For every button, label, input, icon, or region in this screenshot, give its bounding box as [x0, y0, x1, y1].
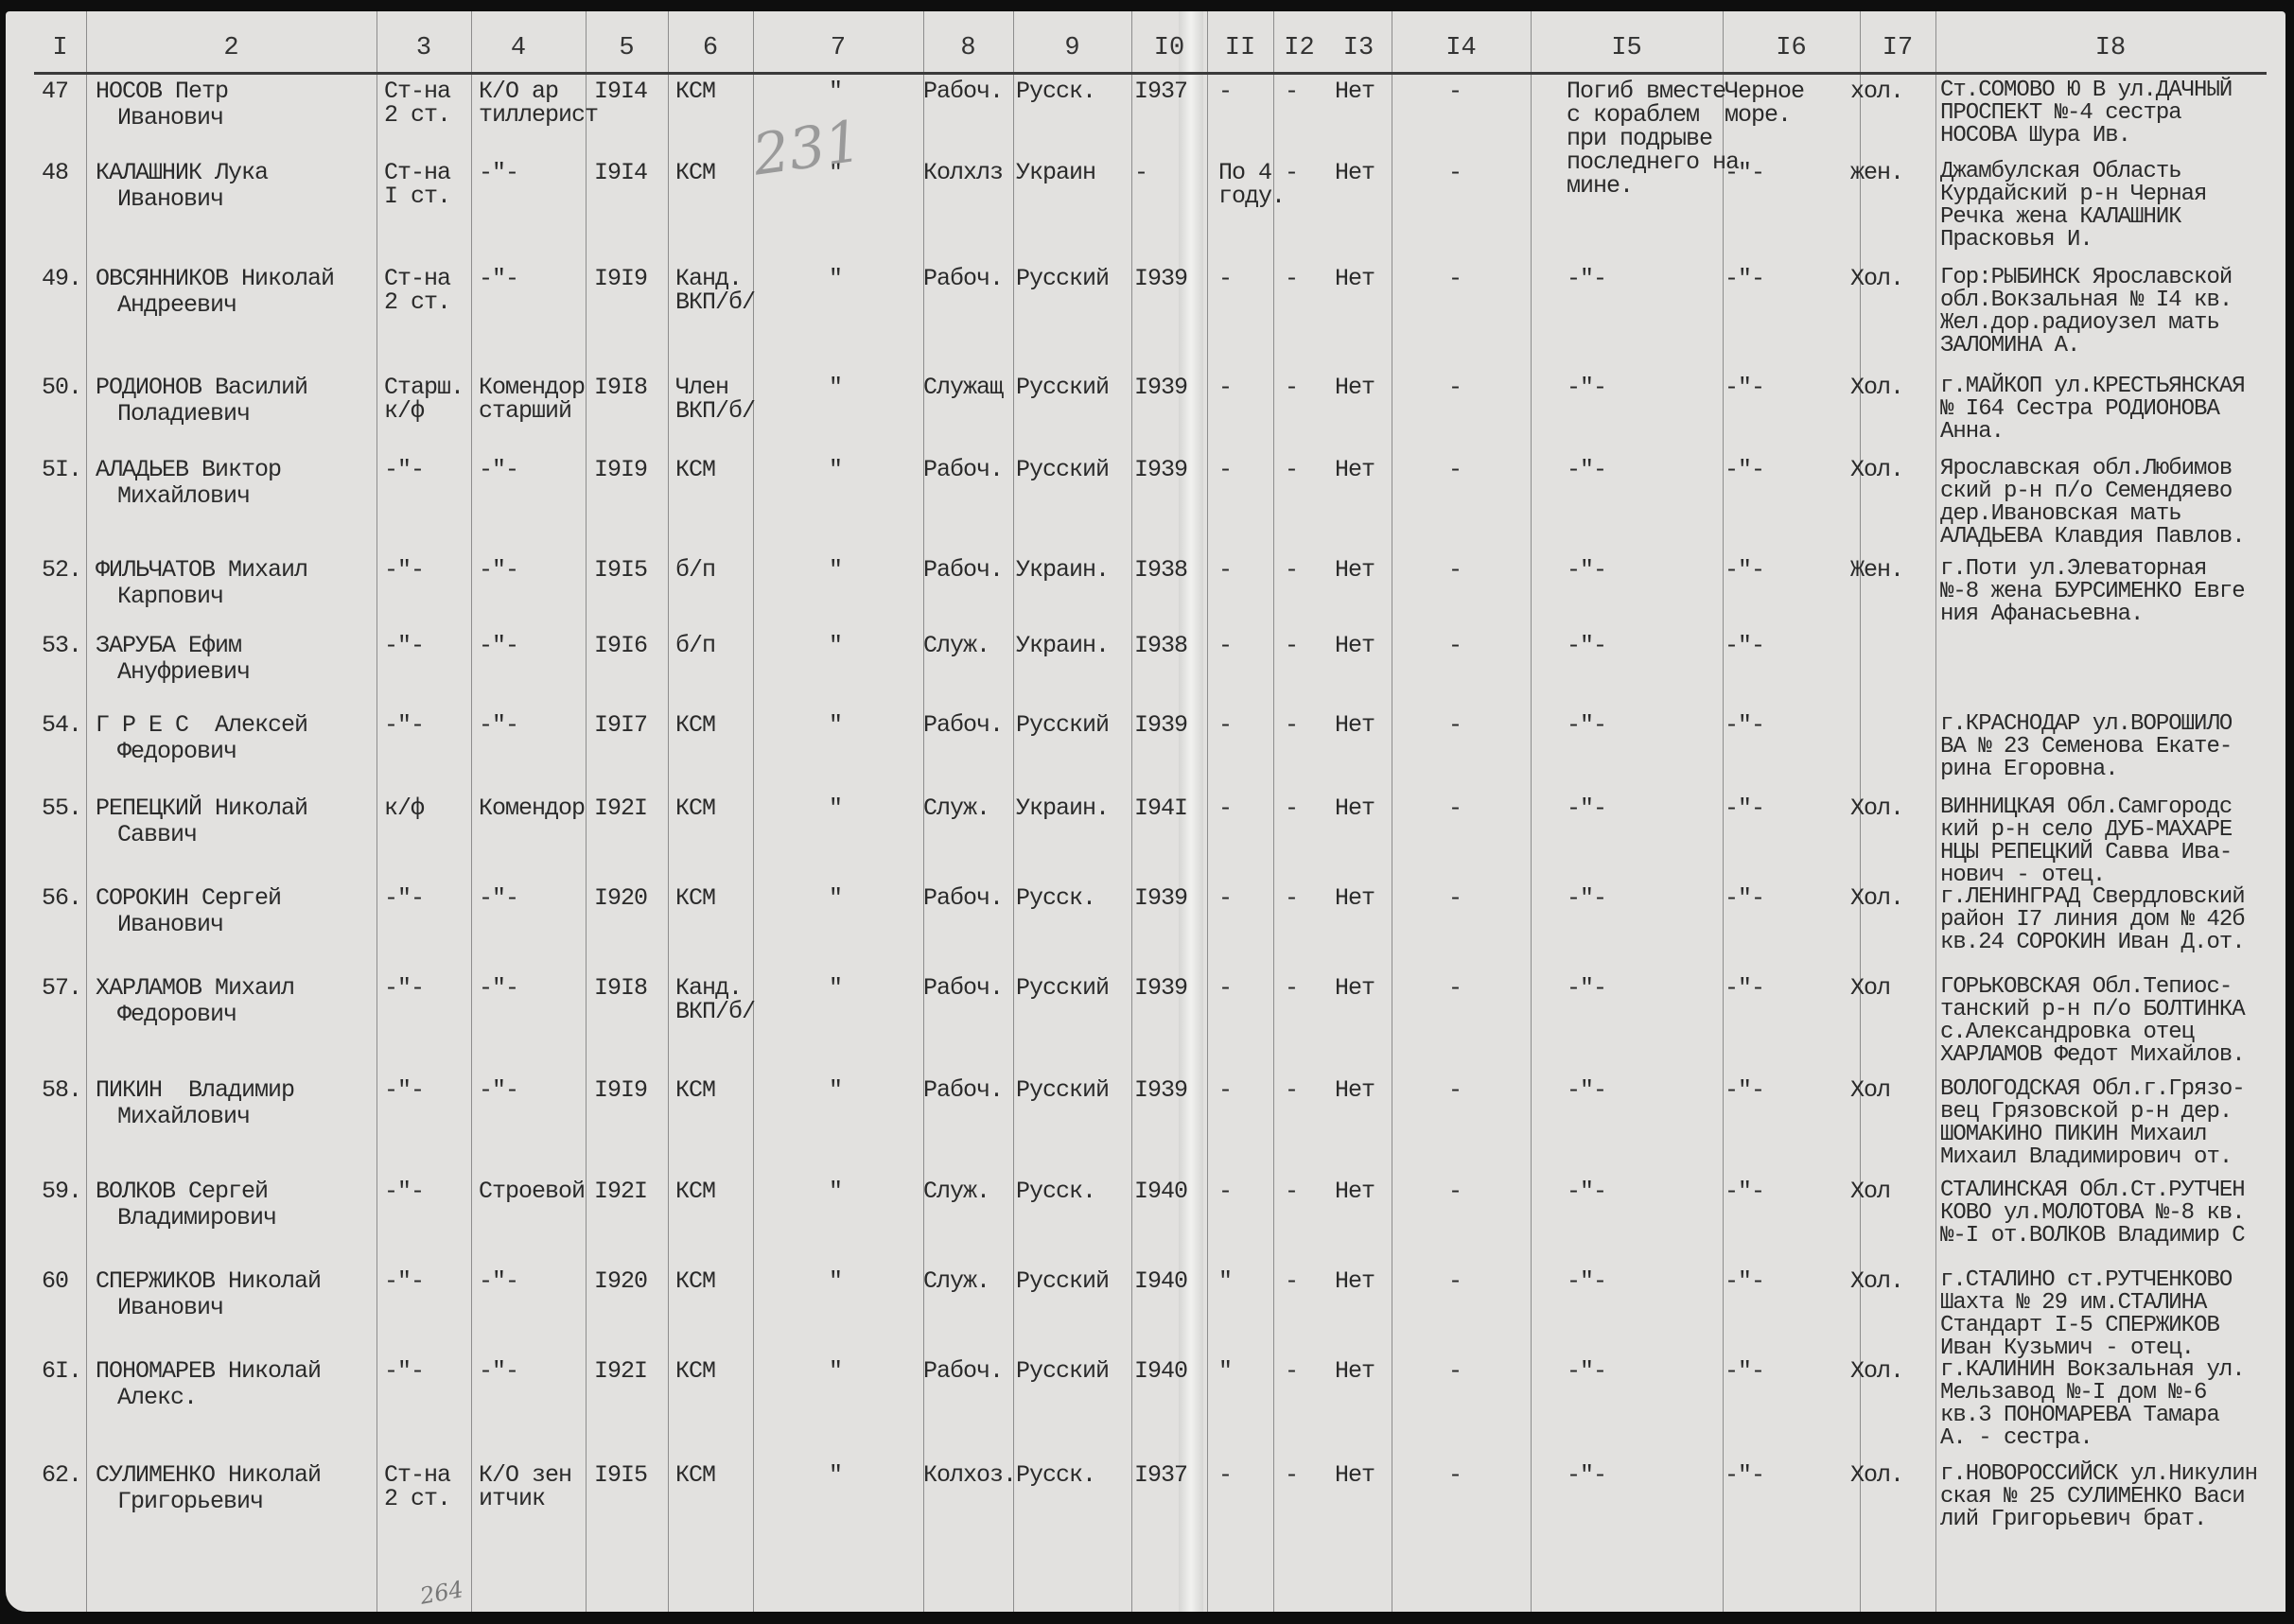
cell-name1: ФИЛЬЧАТОВ Михаил: [96, 558, 307, 582]
cell-c4: -"-: [479, 1269, 518, 1293]
cell-c13: Нет: [1335, 1359, 1375, 1383]
cell-c16: -"-: [1725, 796, 1764, 820]
cell-name1: ПОНОМАРЕВ Николай: [96, 1359, 321, 1383]
cell-c5: I920: [594, 1269, 647, 1293]
cell-c3: -"-: [384, 634, 424, 657]
cell-c18: Ст.СОМОВО Ю В ул.ДАЧНЫЙ ПРОСПЕКТ №-4 сес…: [1940, 79, 2232, 148]
cell-c14: -: [1448, 1179, 1462, 1203]
cell-name2: Иванович: [117, 187, 223, 211]
cell-c8: Рабоч.: [923, 886, 1003, 910]
cell-c12: -: [1285, 886, 1298, 910]
cell-c14: -: [1448, 1078, 1462, 1102]
cell-c7: ": [829, 1179, 842, 1203]
column-header-17: I7: [1860, 34, 1935, 62]
cell-c12: -: [1285, 79, 1298, 103]
cell-c17: Хол: [1850, 1078, 1890, 1102]
cell-c16: -"-: [1725, 1359, 1764, 1383]
cell-name2: Карпович: [117, 585, 223, 608]
cell-c5: I9I8: [594, 375, 647, 399]
cell-c16: -"-: [1725, 375, 1764, 399]
cell-c11: -: [1218, 375, 1232, 399]
cell-n: 50.: [42, 375, 81, 399]
cell-c12: -: [1285, 1269, 1298, 1293]
cell-c16: -"-: [1725, 1463, 1764, 1487]
cell-c18: г.ЛЕНИНГРАД Свердловский район I7 линия …: [1940, 886, 2245, 954]
cell-c4: -"-: [479, 713, 518, 737]
cell-c10: I939: [1134, 267, 1187, 290]
cell-c4: К/О зен итчик: [479, 1463, 571, 1510]
cell-c13: Нет: [1335, 713, 1375, 737]
column-header-11: II: [1207, 34, 1273, 62]
column-header-15: I5: [1531, 34, 1723, 62]
cell-n: 57.: [42, 976, 81, 1000]
cell-c8: Служ.: [923, 796, 989, 820]
cell-c10: I939: [1134, 976, 1187, 1000]
cell-name1: АЛАДЬЕВ Виктор: [96, 458, 281, 481]
cell-c5: I92I: [594, 1359, 647, 1383]
cell-name2: Иванович: [117, 1296, 223, 1319]
cell-c12: -: [1285, 1359, 1298, 1383]
cell-c6: КСМ: [675, 458, 715, 481]
cell-n: 47: [42, 79, 68, 103]
cell-c12: -: [1285, 267, 1298, 290]
cell-c14: -: [1448, 976, 1462, 1000]
cell-c4: -"-: [479, 161, 518, 184]
cell-c12: -: [1285, 1463, 1298, 1487]
cell-c17: Хол.: [1850, 267, 1903, 290]
cell-n: 54.: [42, 713, 81, 737]
cell-c15: -"-: [1567, 976, 1606, 1000]
cell-c6: КСМ: [675, 1078, 715, 1102]
cell-c15: -"-: [1567, 1078, 1606, 1102]
cell-c15: -"-: [1567, 713, 1606, 737]
cell-c13: Нет: [1335, 886, 1375, 910]
header-rule: [34, 72, 2267, 75]
cell-c11: -: [1218, 1078, 1232, 1102]
cell-c4: -"-: [479, 267, 518, 290]
cell-c17: Хол.: [1850, 375, 1903, 399]
cell-c15: Погиб вместе с кораблем при подрыве посл…: [1567, 79, 1739, 198]
cell-c14: -: [1448, 1269, 1462, 1293]
cell-name2: Алекс.: [117, 1386, 197, 1409]
cell-c12: -: [1285, 634, 1298, 657]
cell-c4: Комендор старший: [479, 375, 585, 423]
cell-c7: ": [829, 886, 842, 910]
cell-c3: Старш. к/ф: [384, 375, 464, 423]
cell-c16: -"-: [1725, 1179, 1764, 1203]
cell-name2: Григорьевич: [117, 1490, 263, 1513]
cell-c7: ": [829, 558, 842, 582]
column-divider: [668, 11, 669, 1612]
cell-c14: -: [1448, 1463, 1462, 1487]
cell-c9: Украин: [1016, 161, 1095, 184]
cell-name2: Саввич: [117, 823, 197, 847]
cell-c18: г.КАЛИНИН Вокзальная ул. Мельзавод №-I д…: [1940, 1359, 2245, 1450]
cell-c11: ": [1218, 1269, 1232, 1293]
cell-name1: ПИКИН Владимир: [96, 1078, 294, 1102]
cell-c7: ": [829, 634, 842, 657]
cell-c13: Нет: [1335, 634, 1375, 657]
cell-c13: Нет: [1335, 79, 1375, 103]
cell-c8: Рабоч.: [923, 558, 1003, 582]
cell-c16: -"-: [1725, 886, 1764, 910]
cell-c8: Служ.: [923, 1269, 989, 1293]
cell-c14: -: [1448, 161, 1462, 184]
cell-c15: -"-: [1567, 267, 1606, 290]
cell-c3: Ст-на 2 ст.: [384, 267, 450, 314]
column-divider: [86, 11, 87, 1612]
cell-c7: ": [829, 713, 842, 737]
cell-n: 52.: [42, 558, 81, 582]
cell-c6: КСМ: [675, 1463, 715, 1487]
cell-c7: ": [829, 1269, 842, 1293]
cell-c12: -: [1285, 1179, 1298, 1203]
cell-c6: КСМ: [675, 1359, 715, 1383]
cell-name2: Владимирович: [117, 1206, 276, 1230]
cell-c16: -"-: [1725, 1269, 1764, 1293]
cell-c6: КСМ: [675, 79, 715, 103]
cell-n: 53.: [42, 634, 81, 657]
cell-c6: Член ВКП/б/: [675, 375, 755, 423]
cell-c9: Русский: [1016, 976, 1109, 1000]
cell-c17: Хол: [1850, 1179, 1890, 1203]
cell-c6: КСМ: [675, 1179, 715, 1203]
cell-c15: -"-: [1567, 458, 1606, 481]
cell-c13: Нет: [1335, 1179, 1375, 1203]
cell-name2: Поладиевич: [117, 402, 250, 426]
cell-c4: -"-: [479, 886, 518, 910]
cell-c9: Русск.: [1016, 1179, 1095, 1203]
cell-c18: г.МАЙКОП ул.КРЕСТЬЯНСКАЯ № I64 Сестра РО…: [1940, 375, 2245, 444]
cell-c9: Русский: [1016, 458, 1109, 481]
cell-c11: -: [1218, 796, 1232, 820]
column-header-14: I4: [1392, 34, 1531, 62]
cell-c10: I939: [1134, 1078, 1187, 1102]
cell-name2: Михайлович: [117, 484, 250, 508]
cell-c6: б/п: [675, 558, 715, 582]
cell-c17: жен.: [1850, 161, 1903, 184]
cell-c14: -: [1448, 375, 1462, 399]
column-divider: [1392, 11, 1392, 1612]
cell-c11: -: [1218, 458, 1232, 481]
cell-c10: -: [1134, 161, 1147, 184]
column-header-2: 2: [86, 34, 376, 62]
cell-c8: Служ.: [923, 1179, 989, 1203]
cell-c18: Ярославская обл.Любимов ский р-н п/о Сем…: [1940, 458, 2245, 549]
cell-n: 48: [42, 161, 68, 184]
cell-c18: ВИННИЦКАЯ Обл.Самгородс кий р-н село ДУБ…: [1940, 796, 2232, 887]
column-divider: [1531, 11, 1532, 1612]
cell-c6: б/п: [675, 634, 715, 657]
cell-c11: -: [1218, 267, 1232, 290]
cell-c12: -: [1285, 796, 1298, 820]
cell-c17: Хол.: [1850, 1269, 1903, 1293]
handwritten-page-number: 264: [418, 1576, 465, 1610]
cell-c9: Украин.: [1016, 796, 1109, 820]
cell-c3: -"-: [384, 1078, 424, 1102]
cell-c10: I939: [1134, 886, 1187, 910]
cell-name1: СПЕРЖИКОВ Николай: [96, 1269, 321, 1293]
cell-c9: Русский: [1016, 1269, 1109, 1293]
cell-c16: -"-: [1725, 976, 1764, 1000]
cell-c3: Ст-на 2 ст.: [384, 79, 450, 127]
cell-c9: Русск.: [1016, 886, 1095, 910]
cell-c10: I938: [1134, 558, 1187, 582]
cell-name2: Иванович: [117, 106, 223, 130]
cell-c14: -: [1448, 796, 1462, 820]
cell-c5: I9I8: [594, 976, 647, 1000]
cell-name1: НОСОВ Петр: [96, 79, 228, 103]
cell-n: 58.: [42, 1078, 81, 1102]
cell-c7: ": [829, 1078, 842, 1102]
cell-c14: -: [1448, 886, 1462, 910]
cell-c18: Джамбулская Область Курдайский р-н Черна…: [1940, 161, 2206, 252]
cell-c12: -: [1285, 375, 1298, 399]
cell-c18: г.НОВОРОССИЙСК ул.Никулин ская № 25 СУЛИ…: [1940, 1463, 2257, 1531]
cell-name1: СОРОКИН Сергей: [96, 886, 281, 910]
cell-c18: г.КРАСНОДАР ул.ВОРОШИЛО ВА № 23 Семенова…: [1940, 713, 2232, 781]
cell-c12: -: [1285, 458, 1298, 481]
cell-c7: ": [829, 79, 842, 103]
cell-c11: -: [1218, 634, 1232, 657]
cell-c17: Хол.: [1850, 796, 1903, 820]
cell-c10: I937: [1134, 79, 1187, 103]
cell-c13: Нет: [1335, 1463, 1375, 1487]
cell-c8: Колхоз.: [923, 1463, 1016, 1487]
cell-n: 60: [42, 1269, 68, 1293]
cell-c7: ": [829, 1359, 842, 1383]
cell-c8: Колхлз: [923, 161, 1003, 184]
cell-c7: ": [829, 1463, 842, 1487]
cell-c8: Рабоч.: [923, 458, 1003, 481]
cell-c9: Русский: [1016, 1359, 1109, 1383]
cell-n: 56.: [42, 886, 81, 910]
cell-c8: Рабоч.: [923, 976, 1003, 1000]
cell-c10: I937: [1134, 1463, 1187, 1487]
cell-c9: Русский: [1016, 713, 1109, 737]
cell-c15: -"-: [1567, 886, 1606, 910]
cell-c6: Канд. ВКП/б/: [675, 267, 755, 314]
cell-c12: -: [1285, 976, 1298, 1000]
cell-c4: -"-: [479, 1078, 518, 1102]
cell-c3: -"-: [384, 1269, 424, 1293]
cell-c11: -: [1218, 558, 1232, 582]
handwritten-page-stamp: 231: [749, 108, 866, 188]
cell-name1: ЗАРУБА Ефим: [96, 634, 241, 657]
cell-c8: Рабоч.: [923, 1078, 1003, 1102]
cell-c4: -"-: [479, 558, 518, 582]
cell-c5: I9I7: [594, 713, 647, 737]
cell-c3: -"-: [384, 1179, 424, 1203]
cell-c13: Нет: [1335, 796, 1375, 820]
cell-name1: РЕПЕЦКИЙ Николай: [96, 796, 307, 820]
cell-n: 49.: [42, 267, 81, 290]
cell-c3: Ст-на 2 ст.: [384, 1463, 450, 1510]
cell-name1: РОДИОНОВ Василий: [96, 375, 307, 399]
cell-c10: I938: [1134, 634, 1187, 657]
cell-name2: Ануфриевич: [117, 660, 250, 684]
cell-n: 59.: [42, 1179, 81, 1203]
cell-c15: -"-: [1567, 1463, 1606, 1487]
cell-c8: Рабоч.: [923, 1359, 1003, 1383]
cell-c8: Рабоч.: [923, 267, 1003, 290]
column-header-5: 5: [586, 34, 668, 62]
cell-name2: Михайлович: [117, 1105, 250, 1128]
cell-name1: ОВСЯННИКОВ Николай: [96, 267, 334, 290]
column-header-7: 7: [753, 34, 923, 62]
cell-c11: По 4 году.: [1218, 161, 1285, 208]
cell-c13: Нет: [1335, 1078, 1375, 1102]
cell-n: 5I.: [42, 458, 81, 481]
cell-c6: Канд. ВКП/б/: [675, 976, 755, 1023]
cell-c5: I9I5: [594, 558, 647, 582]
cell-c5: I92I: [594, 796, 647, 820]
cell-c17: Хол.: [1850, 1359, 1903, 1383]
column-header-8: 8: [923, 34, 1013, 62]
cell-c5: I9I4: [594, 161, 647, 184]
column-divider: [1935, 11, 1936, 1612]
cell-c11: -: [1218, 886, 1232, 910]
cell-c5: I9I9: [594, 267, 647, 290]
cell-name1: СУЛИМЕНКО Николай: [96, 1463, 321, 1487]
cell-n: 62.: [42, 1463, 81, 1487]
cell-c4: -"-: [479, 458, 518, 481]
cell-c3: -"-: [384, 976, 424, 1000]
cell-c3: -"-: [384, 1359, 424, 1383]
cell-c4: Строевой: [479, 1179, 585, 1203]
cell-c4: -"-: [479, 1359, 518, 1383]
cell-c14: -: [1448, 1359, 1462, 1383]
cell-c13: Нет: [1335, 558, 1375, 582]
cell-c12: -: [1285, 558, 1298, 582]
column-divider: [753, 11, 754, 1612]
cell-c15: -"-: [1567, 796, 1606, 820]
cell-c10: I940: [1134, 1359, 1187, 1383]
cell-c11: -: [1218, 1463, 1232, 1487]
cell-c17: хол.: [1850, 79, 1903, 103]
cell-c18: ВОЛОГОДСКАЯ Обл.г.Грязо- вец Грязовской …: [1940, 1078, 2245, 1169]
cell-c4: -"-: [479, 976, 518, 1000]
cell-c3: к/ф: [384, 796, 424, 820]
cell-c18: ГОРЬКОВСКАЯ Обл.Тепиос- танский р-н п/о …: [1940, 976, 2245, 1067]
column-header-16: I6: [1723, 34, 1860, 62]
cell-c11: -: [1218, 713, 1232, 737]
cell-c14: -: [1448, 713, 1462, 737]
cell-c15: -"-: [1567, 558, 1606, 582]
cell-c17: Хол.: [1850, 886, 1903, 910]
cell-c9: Русский: [1016, 375, 1109, 399]
column-divider: [1273, 11, 1274, 1612]
cell-name1: КАЛАШНИК Лука: [96, 161, 268, 184]
cell-c11: -: [1218, 976, 1232, 1000]
cell-c10: I940: [1134, 1179, 1187, 1203]
cell-c7: ": [829, 976, 842, 1000]
cell-c14: -: [1448, 458, 1462, 481]
cell-c18: Гор:РЫБИНСК Ярославской обл.Вокзальная №…: [1940, 267, 2232, 358]
cell-c3: -"-: [384, 558, 424, 582]
column-header-13: I3: [1325, 34, 1392, 62]
column-header-6: 6: [668, 34, 753, 62]
cell-c6: КСМ: [675, 886, 715, 910]
cell-name1: Г Р Е С Алексей: [96, 713, 307, 737]
cell-c14: -: [1448, 267, 1462, 290]
cell-c8: Служ.: [923, 634, 989, 657]
cell-c9: Русск.: [1016, 1463, 1095, 1487]
cell-c4: -"-: [479, 634, 518, 657]
cell-c11: -: [1218, 1179, 1232, 1203]
cell-c10: I939: [1134, 375, 1187, 399]
cell-c3: Ст-на I ст.: [384, 161, 450, 208]
cell-c8: Рабоч.: [923, 713, 1003, 737]
column-divider: [376, 11, 377, 1612]
column-divider: [586, 11, 587, 1612]
cell-name1: ХАРЛАМОВ Михаил: [96, 976, 294, 1000]
column-header-18: I8: [1935, 34, 2285, 62]
register-page: I 2 3 4 5 6 7 8 9 I0 II I2 I3 I4 I5 I6 I…: [6, 11, 2285, 1612]
cell-c18: г.Поти ул.Элеваторная №-8 жена БУРСИМЕНК…: [1940, 558, 2245, 626]
cell-c11: ": [1218, 1359, 1232, 1383]
cell-c13: Нет: [1335, 976, 1375, 1000]
column-divider: [1207, 11, 1208, 1612]
cell-c15: -"-: [1567, 375, 1606, 399]
cell-c9: Русский: [1016, 1078, 1109, 1102]
cell-c3: -"-: [384, 458, 424, 481]
cell-c14: -: [1448, 558, 1462, 582]
cell-c15: -"-: [1567, 1179, 1606, 1203]
cell-c6: КСМ: [675, 161, 715, 184]
cell-c15: -"-: [1567, 1269, 1606, 1293]
cell-c17: Хол.: [1850, 1463, 1903, 1487]
column-divider: [1013, 11, 1014, 1612]
cell-c16: -"-: [1725, 713, 1764, 737]
cell-c3: -"-: [384, 886, 424, 910]
cell-c3: -"-: [384, 713, 424, 737]
cell-c5: I920: [594, 886, 647, 910]
cell-name2: Федорович: [117, 740, 236, 763]
cell-c13: Нет: [1335, 267, 1375, 290]
column-header-9: 9: [1013, 34, 1131, 62]
cell-c16: -"-: [1725, 458, 1764, 481]
cell-c13: Нет: [1335, 1269, 1375, 1293]
cell-name2: Андреевич: [117, 293, 236, 317]
cell-c5: I9I6: [594, 634, 647, 657]
cell-c10: I939: [1134, 713, 1187, 737]
cell-c18: СТАЛИНСКАЯ Обл.Ст.РУТЧЕН КОВО ул.МОЛОТОВ…: [1940, 1179, 2245, 1248]
cell-c6: КСМ: [675, 713, 715, 737]
column-divider: [471, 11, 472, 1612]
cell-c17: Жен.: [1850, 558, 1903, 582]
column-header-12: I2: [1273, 34, 1325, 62]
cell-c12: -: [1285, 161, 1298, 184]
cell-name2: Федорович: [117, 1003, 236, 1026]
cell-c14: -: [1448, 79, 1462, 103]
cell-c8: Рабоч.: [923, 79, 1003, 103]
cell-n: 6I.: [42, 1359, 81, 1383]
cell-c13: Нет: [1335, 161, 1375, 184]
column-header-10: I0: [1131, 34, 1207, 62]
cell-c5: I9I4: [594, 79, 647, 103]
cell-n: 55.: [42, 796, 81, 820]
cell-c17: Хол: [1850, 976, 1890, 1000]
cell-c5: I92I: [594, 1179, 647, 1203]
cell-c9: Украин.: [1016, 558, 1109, 582]
cell-c7: ": [829, 267, 842, 290]
column-divider: [1723, 11, 1724, 1612]
cell-c16: -"-: [1725, 161, 1764, 184]
cell-c16: -"-: [1725, 634, 1764, 657]
column-divider: [1131, 11, 1132, 1612]
cell-name2: Иванович: [117, 913, 223, 936]
